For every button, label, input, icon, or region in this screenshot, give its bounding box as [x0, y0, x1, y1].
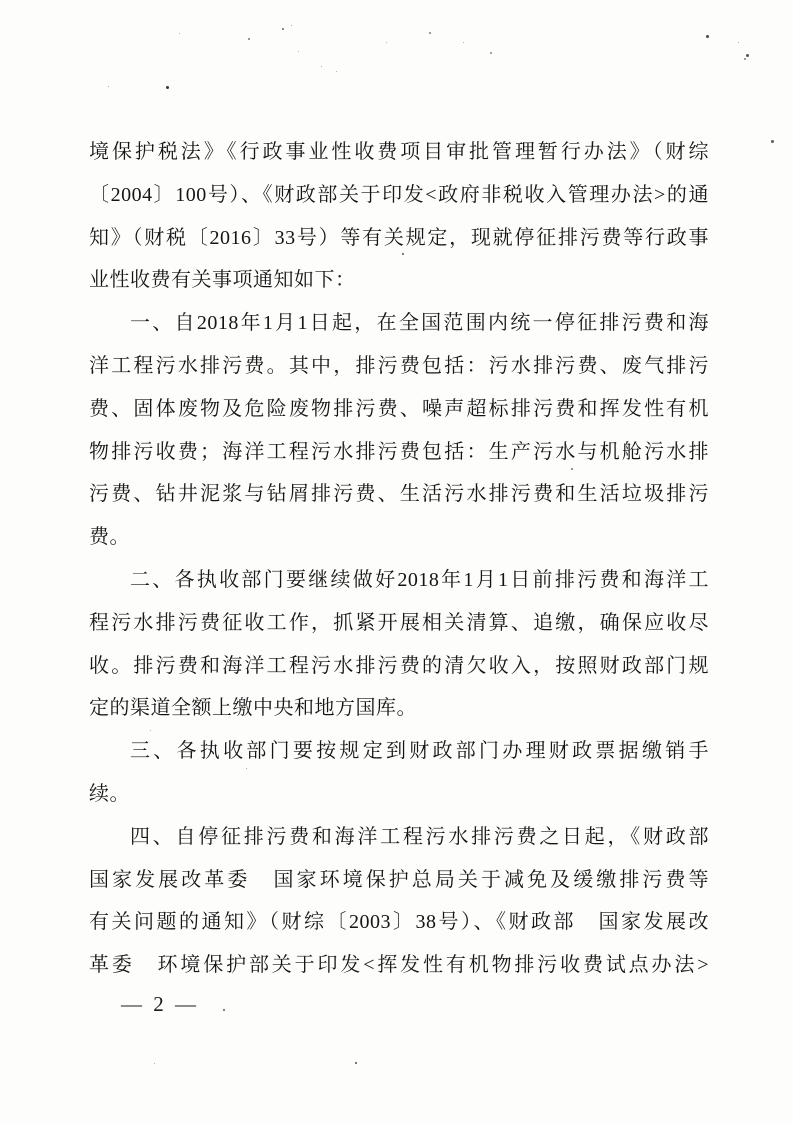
scan-speckle: [771, 140, 774, 143]
scan-speckle: [738, 42, 739, 43]
scan-speckle: [223, 1009, 225, 1011]
text-line: 程污水排污费征收工作，抓紧开展相关清算、追缴，确保应收尽: [89, 602, 709, 645]
scan-speckle: [166, 86, 169, 89]
text-line: 有关问题的通知》（财综〔2003〕38号）、《财政部 国家发展改: [89, 901, 709, 944]
text-line: 洋工程污水排污费。其中，排污费包括：污水排污费、废气排污: [89, 345, 709, 388]
scan-speckle: [298, 51, 299, 52]
text-line: 四、自停征排污费和海洋工程污水排污费之日起，《财政部: [89, 816, 709, 859]
scan-speckle: [463, 42, 464, 43]
scan-speckle: [248, 38, 250, 40]
text-line: 革委 环境保护部关于印发<挥发性有机物排污收费试点办法>: [89, 944, 709, 987]
scan-speckle: [291, 25, 292, 26]
text-line: 费、固体废物及危险废物排污费、噪声超标排污费和挥发性有机: [89, 388, 709, 431]
scan-speckle: [706, 35, 709, 38]
document-body: 境保护税法》《行政事业性收费项目审批管理暂行办法》（财综〔2004〕100号）、…: [89, 131, 709, 987]
scan-speckle: [154, 1063, 155, 1064]
text-line: 收。排污费和海洋工程污水排污费的清欠收入，按照财政部门规: [89, 645, 709, 688]
scan-speckle: [108, 86, 109, 87]
scan-speckle: [386, 42, 387, 43]
scan-speckle: [429, 32, 431, 34]
scan-speckle: [336, 71, 337, 72]
text-line: 二、各执收部门要继续做好2018年1月1日前排污费和海洋工: [89, 559, 709, 602]
scan-speckle: [246, 768, 247, 769]
text-line: 定的渠道全额上缴中央和地方国库。: [89, 687, 709, 730]
scan-speckle: [490, 52, 492, 54]
page-number: — 2 —: [121, 992, 199, 1017]
text-line: 〔2004〕100号）、《财政部关于印发<政府非税收入管理办法>的通: [89, 174, 709, 217]
text-line: 一、自2018年1月1日起，在全国范围内统一停征排污费和海: [89, 302, 709, 345]
scan-speckle: [402, 253, 404, 255]
text-line: 费。: [89, 516, 709, 559]
scan-speckle: [282, 28, 284, 30]
text-line: 污费、钻井泥浆与钻屑排污费、生活污水排污费和生活垃圾排污: [89, 473, 709, 516]
scan-speckle: [746, 54, 749, 57]
text-line: 知》（财税〔2016〕33号）等有关规定，现就停征排污费等行政事: [89, 217, 709, 260]
text-line: 续。: [89, 773, 709, 816]
text-line: 三、各执收部门要按规定到财政部门办理财政票据缴销手: [89, 730, 709, 773]
text-line: 境保护税法》《行政事业性收费项目审批管理暂行办法》（财综: [89, 131, 709, 174]
scan-speckle: [571, 468, 573, 470]
scan-speckle: [355, 1062, 357, 1064]
text-line: 物排污收费；海洋工程污水排污费包括：生产污水与机舱污水排: [89, 431, 709, 474]
text-line: 业性收费有关事项通知如下：: [89, 259, 709, 302]
scan-speckle: [150, 730, 151, 731]
text-line: 国家发展改革委 国家环境保护总局关于减免及缓缴排污费等: [89, 859, 709, 902]
document-page: 境保护税法》《行政事业性收费项目审批管理暂行办法》（财综〔2004〕100号）、…: [0, 0, 793, 1123]
scan-speckle: [744, 58, 746, 60]
scan-speckle: [179, 33, 180, 34]
scan-speckle: [321, 66, 322, 67]
